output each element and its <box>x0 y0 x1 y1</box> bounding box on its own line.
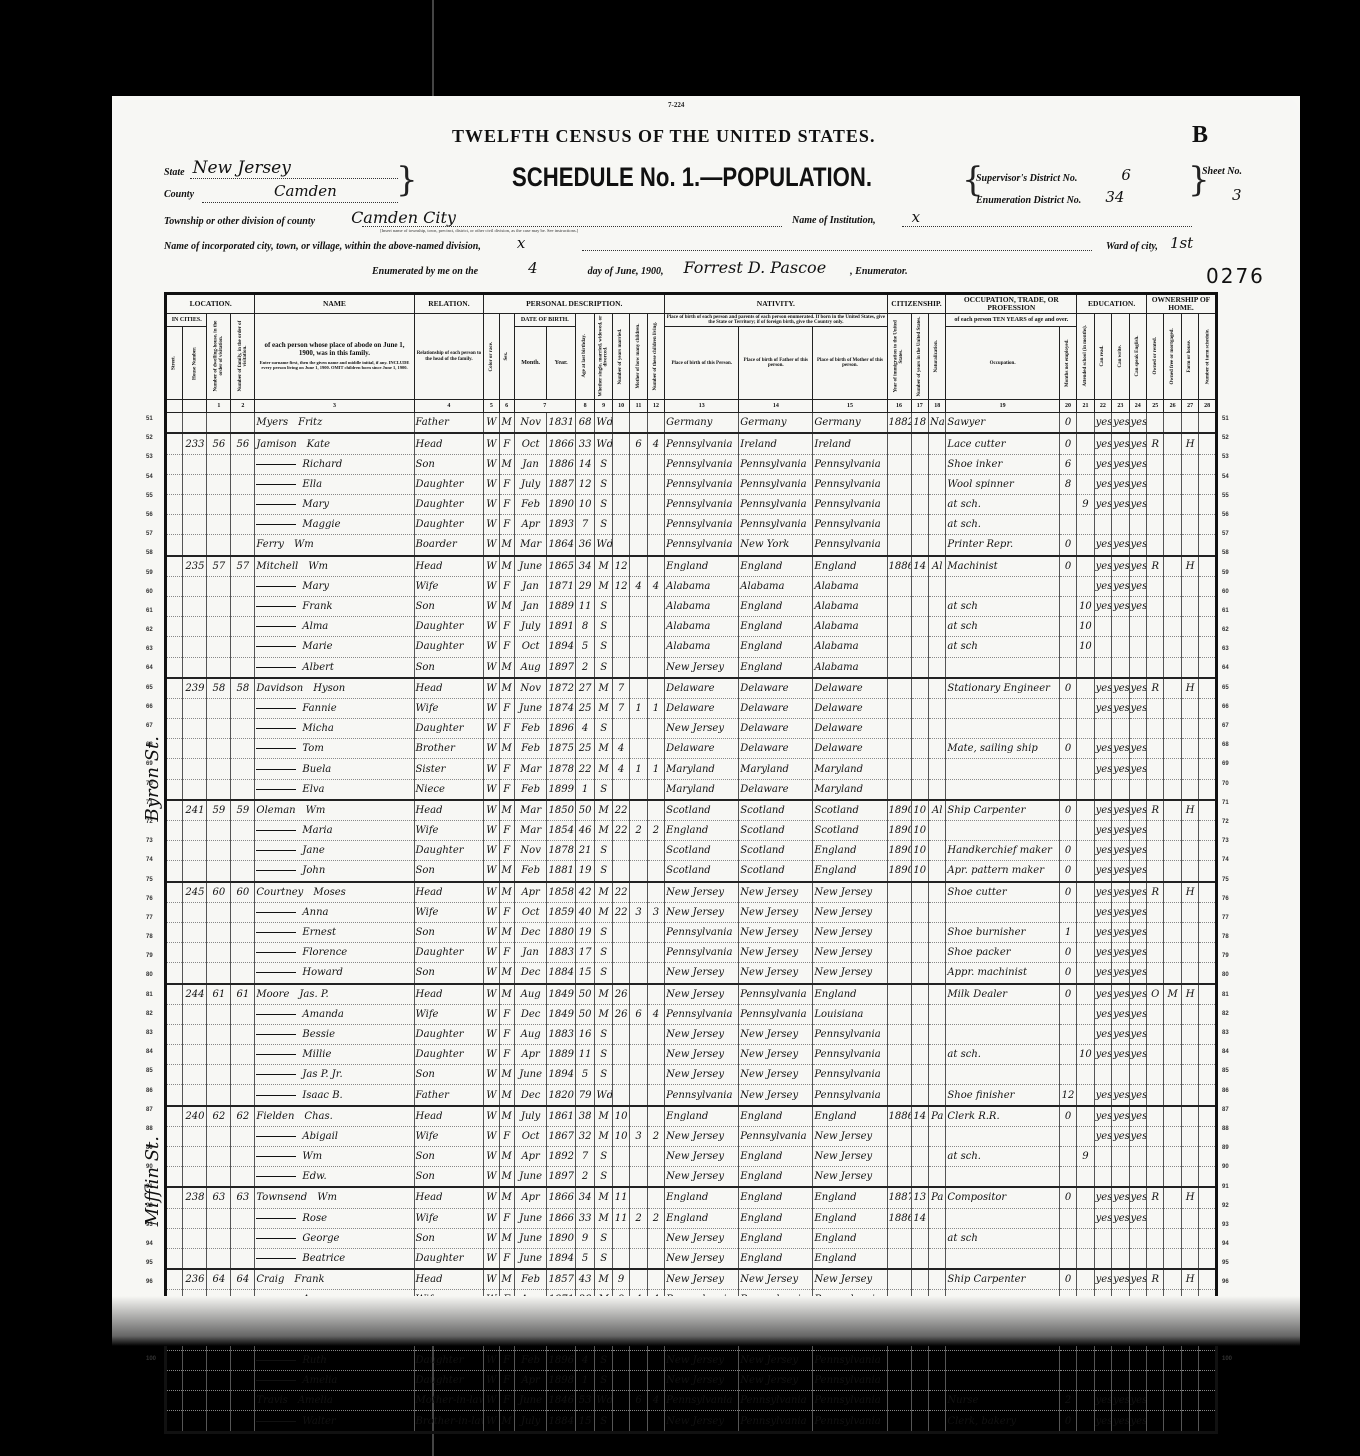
owned-rented-cell <box>1147 902 1164 922</box>
line-number: 77 <box>1222 909 1242 928</box>
mother-of-cell <box>630 841 647 861</box>
mother-of-cell <box>630 1085 647 1106</box>
free-mortgaged-cell <box>1164 759 1181 779</box>
ditto-dash <box>256 830 296 831</box>
mother-of-cell: 4 <box>630 576 647 596</box>
birth-month-cell: Oct <box>514 637 547 657</box>
sex-cell: F <box>499 1350 514 1370</box>
months-unemployed-cell: 0 <box>1059 984 1076 1005</box>
birth-month-cell: June <box>514 1208 547 1228</box>
line-number: 93 <box>1222 1216 1242 1235</box>
owned-rented-cell <box>1147 1065 1164 1085</box>
months-unemployed-cell: 0 <box>1059 1269 1076 1290</box>
sex-cell: F <box>499 515 514 535</box>
marital-cell: Wd <box>595 1391 612 1411</box>
occupation-cell: at sch. <box>946 495 1059 515</box>
can-speak-english-cell: yes <box>1129 1269 1146 1290</box>
can-speak-english-cell: yes <box>1129 1024 1146 1044</box>
school-months-cell <box>1077 739 1094 759</box>
ditto-dash <box>256 1380 296 1381</box>
street-cell <box>166 535 183 556</box>
free-mortgaged-cell <box>1164 719 1181 739</box>
col-nativity-desc: Place of birth of each person and parent… <box>665 313 887 327</box>
street-cell <box>166 841 183 861</box>
owned-rented-cell <box>1147 1248 1164 1269</box>
can-read-cell: yes <box>1094 1208 1111 1228</box>
sex-cell: M <box>499 1411 514 1432</box>
col-num: 23 <box>1112 400 1129 413</box>
ditto-dash <box>256 972 296 973</box>
naturalization-cell <box>928 515 945 535</box>
naturalization-cell <box>928 637 945 657</box>
free-mortgaged-cell <box>1164 698 1181 718</box>
free-mortgaged-cell <box>1164 1411 1181 1432</box>
house-number-cell <box>183 1126 207 1146</box>
children-living-cell <box>647 1106 664 1127</box>
immigration-year-cell: 1886 <box>887 1106 911 1127</box>
birth-month-cell: Dec <box>514 963 547 984</box>
farm-schedule-cell <box>1199 1147 1217 1167</box>
naturalization-cell <box>928 1248 945 1269</box>
birth-year-cell: 1892 <box>547 1147 575 1167</box>
free-mortgaged-cell <box>1164 1248 1181 1269</box>
can-read-cell: yes <box>1094 821 1111 841</box>
street-cell <box>166 1187 183 1208</box>
years-in-us-cell <box>911 1167 928 1188</box>
col-owned-rented: Owned or rented. <box>1147 313 1164 400</box>
family-cell: 64 <box>231 1269 255 1290</box>
father-birthplace-cell: England <box>739 556 813 577</box>
ditto-dash <box>256 728 296 729</box>
occupation-cell: Sawyer <box>946 413 1059 434</box>
ditto-dash <box>256 1360 296 1361</box>
free-mortgaged-cell <box>1164 1228 1181 1248</box>
given-name: Richard <box>302 459 342 470</box>
state-value: New Jersey <box>193 158 291 178</box>
col-color: Color or race. <box>484 313 499 400</box>
farm-schedule-cell <box>1199 413 1217 434</box>
free-mortgaged-cell <box>1164 841 1181 861</box>
months-unemployed-cell <box>1059 1004 1076 1024</box>
father-birthplace-cell: New Jersey <box>739 1269 813 1290</box>
col-naturalization: Naturalization. <box>928 313 945 400</box>
months-unemployed-cell: 0 <box>1059 739 1076 759</box>
relation-cell: Daughter <box>414 617 484 637</box>
children-living-cell <box>647 535 664 556</box>
occupation-cell: Compositor <box>946 1187 1059 1208</box>
farm-house-cell: H <box>1181 800 1198 821</box>
given-name: Anna <box>302 907 328 918</box>
line-number: 72 <box>1222 813 1242 832</box>
dwelling-cell: 61 <box>207 984 231 1005</box>
line-number: 94 <box>146 1235 162 1254</box>
dwelling-cell <box>207 1228 231 1248</box>
relation-cell: Sister <box>414 759 484 779</box>
given-name: Amelia <box>298 1395 333 1406</box>
birthplace-cell: Pennsylvania <box>665 943 739 963</box>
name-cell: Anna <box>255 902 414 922</box>
father-birthplace-cell: Pennsylvania <box>739 1391 813 1411</box>
can-read-cell: yes <box>1094 1045 1111 1065</box>
name-cell: Frank <box>255 596 414 616</box>
mother-birthplace-cell: New Jersey <box>813 1126 887 1146</box>
children-living-cell <box>647 1167 664 1188</box>
free-mortgaged-cell <box>1164 1085 1181 1106</box>
sex-cell: M <box>499 1065 514 1085</box>
given-name: John <box>302 865 325 876</box>
age-cell: 34 <box>575 556 595 577</box>
free-mortgaged-cell <box>1164 800 1181 821</box>
school-months-cell <box>1077 1228 1094 1248</box>
color-cell: W <box>484 678 499 699</box>
months-unemployed-cell: 1 <box>1059 922 1076 942</box>
sex-cell: M <box>499 413 514 434</box>
ditto-dash <box>256 789 296 790</box>
family-cell <box>231 1350 255 1370</box>
mother-birthplace-cell: Delaware <box>813 739 887 759</box>
dwelling-cell <box>207 637 231 657</box>
age-cell: 19 <box>575 861 595 882</box>
can-speak-english-cell: yes <box>1129 433 1146 454</box>
col-street: Street. <box>166 327 183 400</box>
age-cell: 1 <box>575 1371 595 1391</box>
can-speak-english-cell: yes <box>1129 963 1146 984</box>
can-speak-english-cell: yes <box>1129 882 1146 903</box>
family-cell <box>231 739 255 759</box>
birth-year-cell: 1859 <box>547 902 575 922</box>
enumerator-label: , Enumerator. <box>850 266 908 277</box>
birthplace-cell: New Jersey <box>665 963 739 984</box>
years-in-us-cell <box>911 1391 928 1411</box>
dwelling-cell <box>207 454 231 474</box>
years-married-cell <box>612 943 629 963</box>
can-read-cell: yes <box>1094 556 1111 577</box>
line-number: 86 <box>1222 1082 1242 1101</box>
sex-cell: F <box>499 495 514 515</box>
col-num: 20 <box>1059 400 1076 413</box>
school-months-cell <box>1077 882 1094 903</box>
occupation-cell <box>946 657 1059 678</box>
children-living-cell <box>647 454 664 474</box>
family-cell <box>231 515 255 535</box>
birth-month-cell: Jan <box>514 576 547 596</box>
ditto-dash <box>256 1054 296 1055</box>
children-living-cell <box>647 1065 664 1085</box>
can-read-cell: yes <box>1094 1106 1111 1127</box>
name-cell: Micha <box>255 719 414 739</box>
given-name: Wm <box>302 1151 322 1162</box>
county-field: County Camden <box>164 182 400 200</box>
naturalization-cell <box>928 1269 945 1290</box>
farm-schedule-cell <box>1199 556 1217 577</box>
can-write-cell: yes <box>1112 576 1129 596</box>
occupation-cell <box>946 759 1059 779</box>
census-title: TWELFTH CENSUS OF THE UNITED STATES. <box>452 126 875 147</box>
family-cell <box>231 596 255 616</box>
months-unemployed-cell <box>1059 515 1076 535</box>
naturalization-cell <box>928 474 945 494</box>
birth-year-cell: 1874 <box>547 698 575 718</box>
line-number: 74 <box>146 851 162 870</box>
age-cell: 50 <box>575 984 595 1005</box>
table-row: RuthDaughterWFFeb18964SNew JerseyNew Jer… <box>166 1350 1217 1370</box>
occupation-cell: at sch. <box>946 1045 1059 1065</box>
supervisor-label: Supervisor's District No. <box>976 173 1077 184</box>
color-cell: W <box>484 922 499 942</box>
years-married-cell <box>612 596 629 616</box>
mother-of-cell <box>630 1065 647 1085</box>
given-name: Edw. <box>302 1171 326 1182</box>
months-unemployed-cell <box>1059 902 1076 922</box>
occupation-cell <box>946 1208 1059 1228</box>
sex-cell: F <box>499 759 514 779</box>
ditto-dash <box>256 667 296 668</box>
family-cell: 56 <box>231 433 255 454</box>
farm-house-cell: H <box>1181 882 1198 903</box>
dwelling-cell <box>207 1024 231 1044</box>
col-num: 15 <box>813 400 887 413</box>
years-married-cell <box>612 1024 629 1044</box>
sex-cell: M <box>499 596 514 616</box>
years-married-cell <box>612 1045 629 1065</box>
owned-rented-cell <box>1147 495 1164 515</box>
age-cell: 2 <box>575 1167 595 1188</box>
immigration-year-cell <box>887 1024 911 1044</box>
line-number: 65 <box>146 679 162 698</box>
street-cell <box>166 454 183 474</box>
sex-cell: F <box>499 1045 514 1065</box>
years-in-us-cell <box>911 943 928 963</box>
birthplace-cell: Pennsylvania <box>665 1391 739 1411</box>
birth-year-cell: 1896 <box>547 719 575 739</box>
mother-birthplace-cell: Maryland <box>813 759 887 779</box>
can-speak-english-cell <box>1129 1248 1146 1269</box>
occupation-cell: Ship Carpenter <box>946 1269 1059 1290</box>
family-cell <box>231 902 255 922</box>
farm-schedule-cell <box>1199 943 1217 963</box>
naturalization-cell <box>928 882 945 903</box>
birthplace-cell: Delaware <box>665 698 739 718</box>
occupation-cell: at sch. <box>946 515 1059 535</box>
children-living-cell <box>647 495 664 515</box>
months-unemployed-cell: 0 <box>1059 800 1076 821</box>
house-number-cell <box>183 1248 207 1269</box>
school-months-cell <box>1077 861 1094 882</box>
col-num: 4 <box>414 400 484 413</box>
can-speak-english-cell: yes <box>1129 902 1146 922</box>
county-value: Camden <box>274 182 337 200</box>
table-row: AbigailWifeWFOct186732M1032New JerseyPen… <box>166 1126 1217 1146</box>
col-num: 22 <box>1094 400 1111 413</box>
can-read-cell: yes <box>1094 1269 1111 1290</box>
can-write-cell: yes <box>1112 861 1129 882</box>
given-name: Mary <box>302 581 329 592</box>
line-number: 90 <box>1222 1158 1242 1177</box>
months-unemployed-cell <box>1059 779 1076 800</box>
table-row: WmSonWMApr18927SNew JerseyEnglandNew Jer… <box>166 1147 1217 1167</box>
farm-house-cell: H <box>1181 556 1198 577</box>
marital-cell: S <box>595 474 612 494</box>
col-num: 17 <box>911 400 928 413</box>
years-in-us-cell: 10 <box>911 861 928 882</box>
house-number-cell <box>183 1085 207 1106</box>
given-name: Jas. P. <box>299 989 328 1000</box>
dwelling-cell <box>207 1147 231 1167</box>
farm-schedule-cell <box>1199 596 1217 616</box>
township-value: Camden City <box>351 208 456 227</box>
table-row: EllaDaughterWFJuly188712SPennsylvaniaPen… <box>166 474 1217 494</box>
col-group-education: EDUCATION. <box>1077 294 1147 314</box>
father-birthplace-cell: Pennsylvania <box>739 454 813 474</box>
months-unemployed-cell: 0 <box>1059 943 1076 963</box>
naturalization-cell <box>928 841 945 861</box>
incorporated-value: x <box>517 234 525 252</box>
birth-month-cell: Apr <box>514 1045 547 1065</box>
ward-field: Ward of city, 1st <box>1106 234 1193 252</box>
given-name: Jane <box>302 845 324 856</box>
mother-of-cell <box>630 1350 647 1370</box>
free-mortgaged-cell <box>1164 1167 1181 1188</box>
color-cell: W <box>484 841 499 861</box>
birth-month-cell: Feb <box>514 1269 547 1290</box>
owned-rented-cell <box>1147 1126 1164 1146</box>
table-row: 2406262FieldenChas.HeadWMJuly186138M10En… <box>166 1106 1217 1127</box>
table-row: WalterBrother-in-lawWMJuly188415SNew Jer… <box>166 1411 1217 1432</box>
occupation-cell: Ship Carpenter <box>946 800 1059 821</box>
free-mortgaged-cell <box>1164 576 1181 596</box>
farm-house-cell <box>1181 759 1198 779</box>
naturalization-cell: Pa <box>928 1106 945 1127</box>
sex-cell: F <box>499 433 514 454</box>
naturalization-cell <box>928 1228 945 1248</box>
years-in-us-cell <box>911 902 928 922</box>
can-speak-english-cell: yes <box>1129 1126 1146 1146</box>
can-speak-english-cell: yes <box>1129 1106 1146 1127</box>
owned-rented-cell <box>1147 1228 1164 1248</box>
children-living-cell <box>647 719 664 739</box>
school-months-cell: 10 <box>1077 596 1094 616</box>
name-cell: JamisonKate <box>255 433 414 454</box>
col-birth-person: Place of birth of this Person. <box>665 327 739 400</box>
mother-of-cell <box>630 963 647 984</box>
birth-year-cell: 1866 <box>547 1187 575 1208</box>
relation-cell: Wife <box>414 1004 484 1024</box>
naturalization-cell <box>928 1126 945 1146</box>
house-number-cell <box>183 841 207 861</box>
father-birthplace-cell: Scotland <box>739 861 813 882</box>
occupation-cell: Machinist <box>946 556 1059 577</box>
farm-schedule-cell <box>1199 637 1217 657</box>
can-write-cell: yes <box>1112 1411 1129 1432</box>
naturalization-cell <box>928 902 945 922</box>
table-row: AlmaDaughterWFJuly18918SAlabamaEnglandAl… <box>166 617 1217 637</box>
mother-birthplace-cell: Scotland <box>813 821 887 841</box>
birth-month-cell: Jan <box>514 943 547 963</box>
table-row: BuelaSisterWFMar187822M411MarylandMaryla… <box>166 759 1217 779</box>
birth-year-cell: 1884 <box>547 1411 575 1432</box>
birthplace-cell: New Jersey <box>665 657 739 678</box>
can-speak-english-cell: yes <box>1129 759 1146 779</box>
given-name: Mary <box>302 499 329 510</box>
father-birthplace-cell: Delaware <box>739 719 813 739</box>
given-name: Rose <box>302 1213 327 1224</box>
immigration-year-cell <box>887 1147 911 1167</box>
school-months-cell <box>1077 474 1094 494</box>
can-write-cell <box>1112 719 1129 739</box>
occupation-cell <box>946 1004 1059 1024</box>
occupation-cell: Shoe inker <box>946 454 1059 474</box>
birthplace-cell: New Jersey <box>665 902 739 922</box>
school-months-cell <box>1077 535 1094 556</box>
naturalization-cell <box>928 678 945 699</box>
marital-cell: S <box>595 1167 612 1188</box>
age-cell: 14 <box>575 454 595 474</box>
line-number: 84 <box>1222 1043 1242 1062</box>
school-months-cell <box>1077 719 1094 739</box>
color-cell: W <box>484 821 499 841</box>
table-row: BessieDaughterWFAug188316SNew JerseyNew … <box>166 1024 1217 1044</box>
name-cell: Beatrice <box>255 1248 414 1269</box>
years-in-us-cell <box>911 495 928 515</box>
ditto-dash <box>256 464 296 465</box>
school-months-cell: 10 <box>1077 637 1094 657</box>
col-num <box>166 400 183 413</box>
house-number-cell <box>183 454 207 474</box>
owned-rented-cell <box>1147 637 1164 657</box>
line-number: 76 <box>1222 890 1242 909</box>
can-speak-english-cell: yes <box>1129 576 1146 596</box>
line-number: 62 <box>1222 621 1242 640</box>
can-write-cell <box>1112 515 1129 535</box>
color-cell: W <box>484 454 499 474</box>
sex-cell: F <box>499 841 514 861</box>
farm-schedule-cell <box>1199 1167 1217 1188</box>
years-married-cell <box>612 1371 629 1391</box>
marital-cell: S <box>595 515 612 535</box>
naturalization-cell <box>928 1350 945 1370</box>
father-birthplace-cell: Delaware <box>739 698 813 718</box>
school-months-cell <box>1077 678 1094 699</box>
color-cell: W <box>484 1391 499 1411</box>
can-write-cell: yes <box>1112 556 1129 577</box>
relation-cell: Son <box>414 657 484 678</box>
birth-month-cell: June <box>514 1065 547 1085</box>
father-birthplace-cell: New Jersey <box>739 943 813 963</box>
children-living-cell: 2 <box>647 821 664 841</box>
father-birthplace-cell: England <box>739 1147 813 1167</box>
dwelling-cell <box>207 1126 231 1146</box>
years-in-us-cell <box>911 1411 928 1432</box>
ditto-dash <box>256 932 296 933</box>
col-marital: Whether single, married, widowed, or div… <box>595 313 612 400</box>
col-num: 3 <box>255 400 414 413</box>
years-in-us-cell <box>911 454 928 474</box>
sex-cell: F <box>499 1208 514 1228</box>
farm-house-cell <box>1181 1106 1198 1127</box>
mother-of-cell <box>630 739 647 759</box>
free-mortgaged-cell <box>1164 902 1181 922</box>
occupation-cell <box>946 821 1059 841</box>
street-cell <box>166 413 183 434</box>
years-in-us-cell <box>911 678 928 699</box>
birth-month-cell: Mar <box>514 535 547 556</box>
street-cell <box>166 515 183 535</box>
occupation-cell: at sch <box>946 1228 1059 1248</box>
years-in-us-cell <box>911 1269 928 1290</box>
can-read-cell <box>1094 779 1111 800</box>
owned-rented-cell <box>1147 1106 1164 1127</box>
years-in-us-cell: 10 <box>911 821 928 841</box>
